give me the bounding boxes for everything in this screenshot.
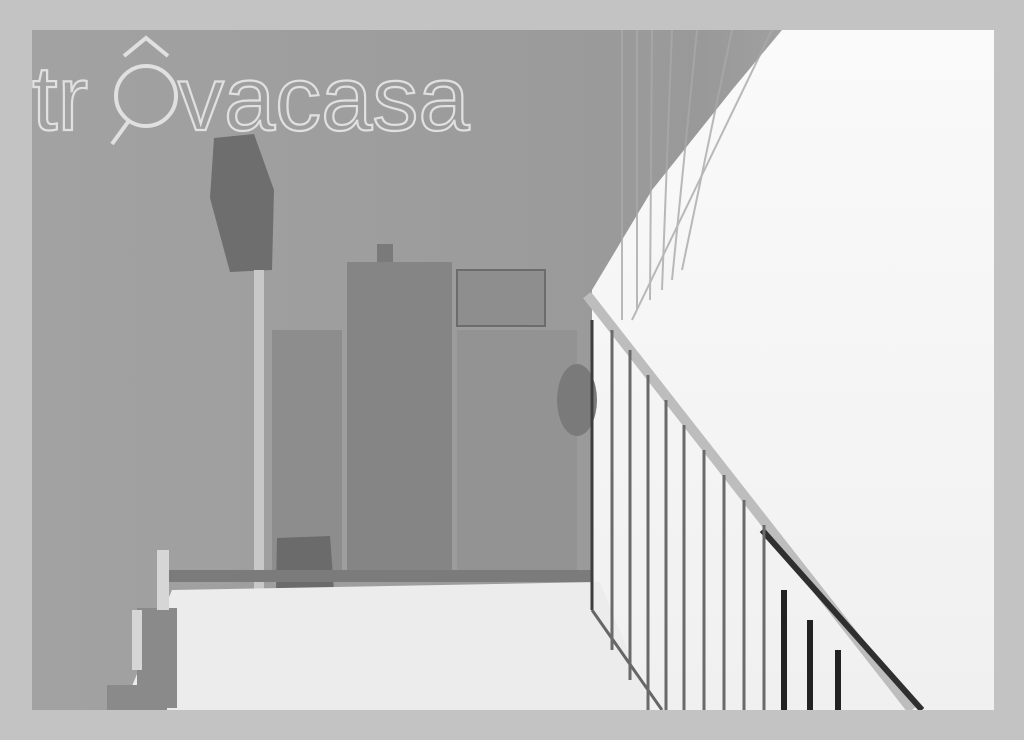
property-photo: tr vacasa — [32, 30, 994, 710]
scene-drawing — [32, 30, 994, 710]
